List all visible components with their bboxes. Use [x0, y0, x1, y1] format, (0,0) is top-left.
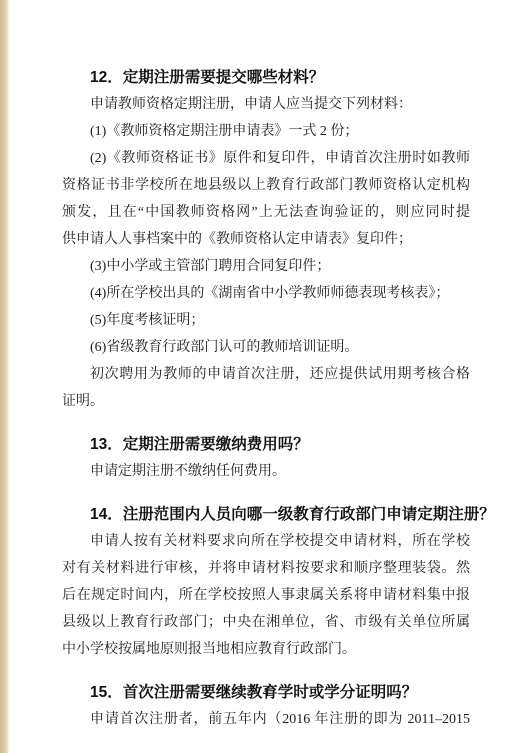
text-line: 申请定期注册不缴纳任何费用。 [62, 458, 470, 485]
text-line: (1)《教师资格定期注册申请表》一式 2 份； [62, 118, 470, 145]
text-line: 证明。 [62, 388, 470, 415]
text-line: (4)所在学校出具的《湖南省中小学教师师德表现考核表》； [62, 280, 470, 307]
text-line: 申请教师资格定期注册，申请人应当提交下列材料： [62, 91, 470, 118]
question-heading: 14．注册范围内人员向哪一级教育行政部门申请定期注册？ [62, 501, 470, 528]
text-line: 后在规定时间内，所在学校按照人事隶属关系将申请材料集中报 [62, 582, 470, 609]
text-line: (2)《教师资格证书》原件和复印件，申请首次注册时如教师 [62, 145, 470, 172]
scan-edge-strip [0, 0, 9, 753]
text-line: 初次聘用为教师的申请首次注册，还应提供试用期考核合格 [62, 361, 470, 388]
text-line: (5)年度考核证明； [62, 307, 470, 334]
faq-section-14: 14．注册范围内人员向哪一级教育行政部门申请定期注册？ 申请人按有关材料要求向所… [62, 501, 470, 663]
document-page: { "doc": { "footer": "- 4 -", "colors": … [0, 0, 529, 753]
text-line: (6)省级教育行政部门认可的教师培训证明。 [62, 334, 470, 361]
page-number: - 4 - [62, 679, 470, 706]
text-line: 申请人按有关材料要求向所在学校提交申请材料，所在学校 [62, 528, 470, 555]
page-content: 12．定期注册需要提交哪些材料？ 申请教师资格定期注册，申请人应当提交下列材料：… [62, 0, 470, 733]
faq-section-12: 12．定期注册需要提交哪些材料？ 申请教师资格定期注册，申请人应当提交下列材料：… [62, 64, 470, 415]
text-line: 中小学校按属地原则报当地相应教育行政部门。 [62, 636, 470, 663]
text-line: (3)中小学或主管部门聘用合同复印件； [62, 253, 470, 280]
question-heading: 12．定期注册需要提交哪些材料？ [62, 64, 470, 91]
question-heading: 13．定期注册需要缴纳费用吗？ [62, 431, 470, 458]
text-line: 颁发，且在“中国教师资格网”上无法查询验证的，则应同时提 [62, 199, 470, 226]
text-line: 资格证书非学校所在地县级以上教育行政部门教师资格认定机构 [62, 172, 470, 199]
faq-section-13: 13．定期注册需要缴纳费用吗？ 申请定期注册不缴纳任何费用。 [62, 431, 470, 485]
text-line: 供申请人人事档案中的《教师资格认定申请表》复印件； [62, 226, 470, 253]
text-line: 县级以上教育行政部门；中央在湘单位，省、市级有关单位所属 [62, 609, 470, 636]
text-line: 申请首次注册者，前五年内（2016 年注册的即为 2011–2015 [62, 706, 470, 733]
text-line: 对有关材料进行审核，并将申请材料按要求和顺序整理装袋。然 [62, 555, 470, 582]
